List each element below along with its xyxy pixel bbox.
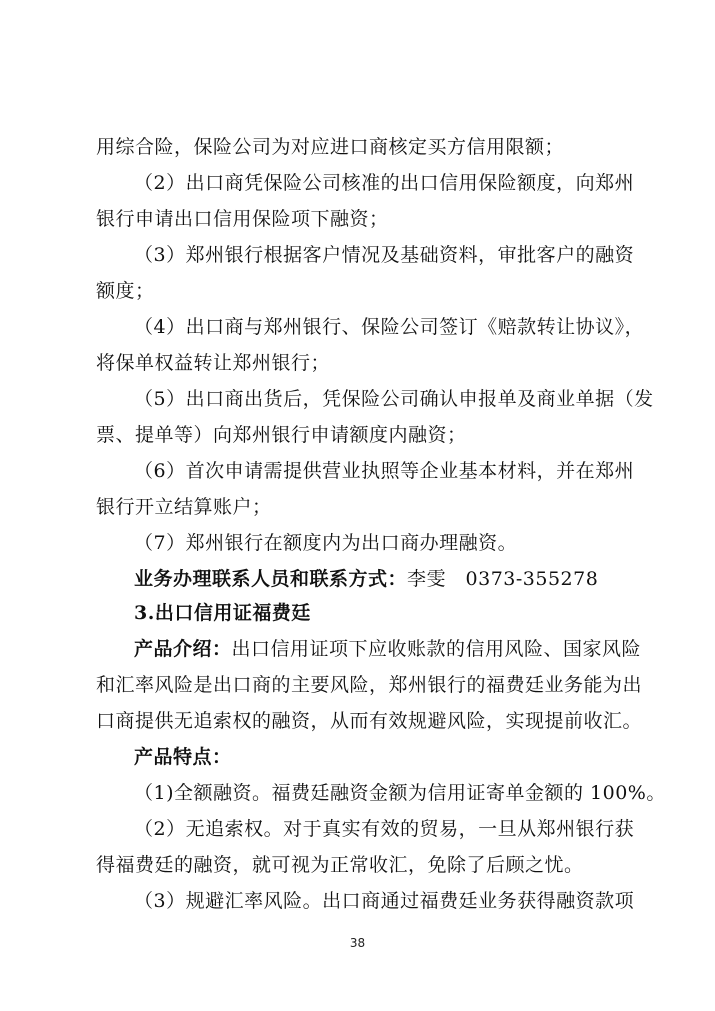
page-number: 38 xyxy=(0,936,715,950)
text-line: 和汇率风险是出口商的主要风险，郑州银行的福费廷业务能为出 xyxy=(96,670,627,700)
section-heading: 3.出口信用证福费廷 xyxy=(134,598,627,628)
text-line: 银行开立结算账户； xyxy=(96,492,627,522)
contact-label: 业务办理联系人员和联系方式： xyxy=(134,568,407,590)
text-line: 额度； xyxy=(96,276,627,306)
text-line: 银行申请出口信用保险项下融资； xyxy=(96,204,627,234)
text-line: （5）出口商出货后，凭保险公司确认申报单及商业单据（发 xyxy=(134,384,627,414)
text-line: 票、提单等）向郑州银行申请额度内融资； xyxy=(96,420,627,450)
feature-line: 得福费廷的融资，就可视为正常收汇，免除了后顾之忧。 xyxy=(96,850,627,880)
intro-label: 产品介绍： xyxy=(134,638,232,660)
text-line: （3）郑州银行根据客户情况及基础资料，审批客户的融资 xyxy=(134,240,627,270)
text-line: 口商提供无追索权的融资，从而有效规避风险，实现提前收汇。 xyxy=(96,706,627,736)
text-line: 将保单权益转让郑州银行； xyxy=(96,348,627,378)
document-page: 用综合险，保险公司为对应进口商核定买方信用限额； （2）出口商凭保险公司核准的出… xyxy=(0,0,715,1011)
text-line: （6）首次申请需提供营业执照等企业基本材料，并在郑州 xyxy=(134,456,627,486)
intro-line: 产品介绍：出口信用证项下应收账款的信用风险、国家风险 xyxy=(134,634,627,664)
feature-line: （3）规避汇率风险。出口商通过福费廷业务获得融资款项 xyxy=(134,886,627,916)
contact-line: 业务办理联系人员和联系方式：李雯 0373-355278 xyxy=(134,564,627,594)
contact-value: 李雯 0373-355278 xyxy=(407,568,598,590)
feature-line: （1)全额融资。福费廷融资金额为信用证寄单金额的 100%。 xyxy=(134,778,627,808)
features-heading: 产品特点： xyxy=(134,742,627,772)
text-line: （2）出口商凭保险公司核准的出口信用保险额度，向郑州 xyxy=(134,168,627,198)
text-line: 用综合险，保险公司为对应进口商核定买方信用限额； xyxy=(96,132,627,162)
text-line: （4）出口商与郑州银行、保险公司签订《赔款转让协议》， xyxy=(134,312,627,342)
feature-line: （2）无追索权。对于真实有效的贸易，一旦从郑州银行获 xyxy=(134,814,627,844)
text-line: （7）郑州银行在额度内为出口商办理融资。 xyxy=(134,528,627,558)
intro-text: 出口信用证项下应收账款的信用风险、国家风险 xyxy=(232,638,642,660)
